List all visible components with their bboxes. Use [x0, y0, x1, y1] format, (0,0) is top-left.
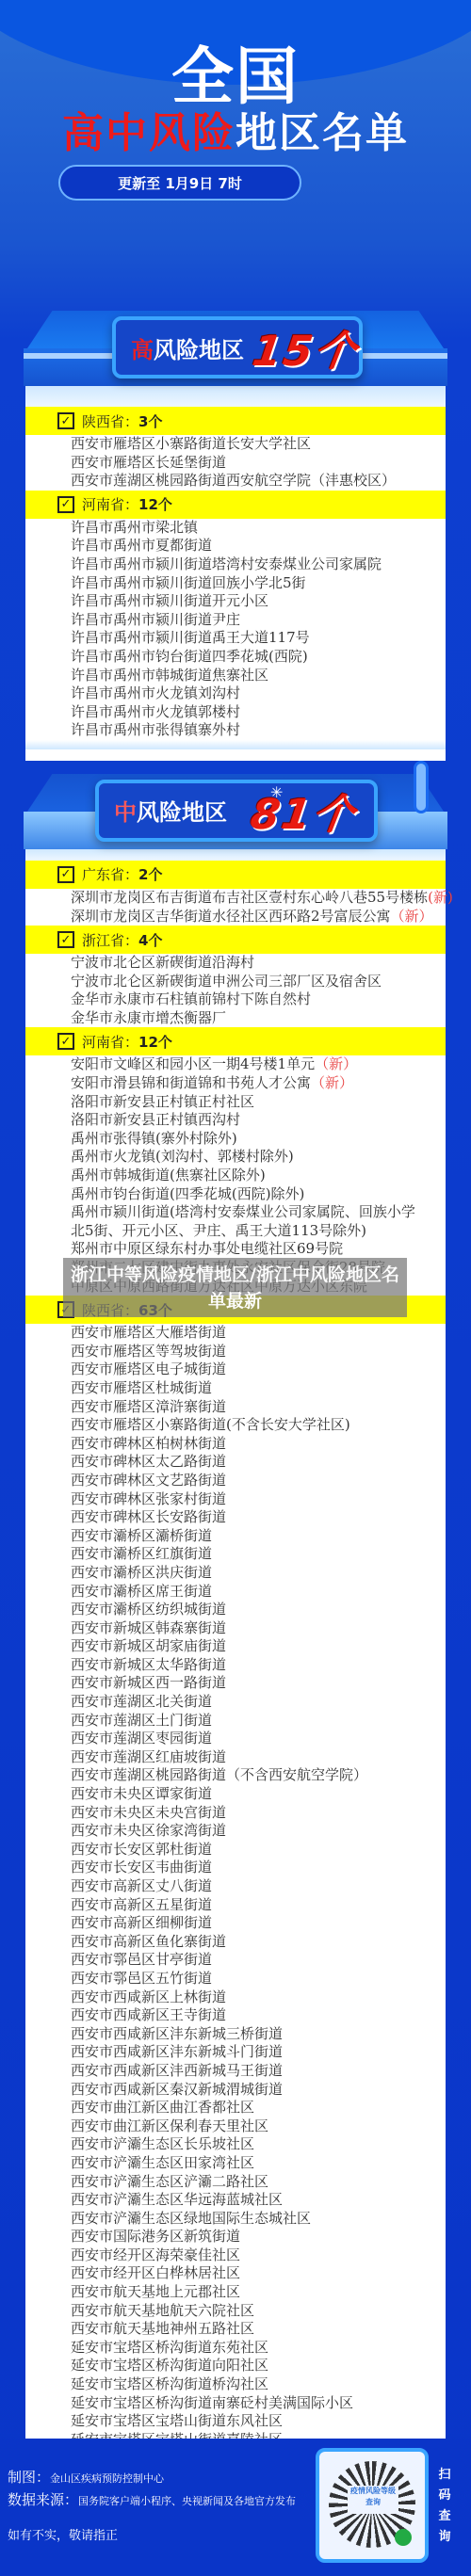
- area-name: 西安市国际港务区新筑街道: [71, 2228, 240, 2245]
- area-name: 西安市新城区胡家庙街道: [71, 1637, 226, 1654]
- source-line: 数据来源：国务院客户端小程序、央视新闻及各地官方发布: [8, 2489, 296, 2509]
- area-name: 许昌市禹州市颍川街道开元小区: [71, 592, 268, 609]
- list-item: 安阳市文峰区和园小区一期4号楼1单元（新）: [25, 1055, 446, 1074]
- area-name: 西安市航天基地神州五路社区: [71, 2320, 254, 2337]
- list-item: 西安市西咸新区秦汉新城渭城街道: [25, 2081, 446, 2100]
- list-item: 西安市曲江新区保利春天里社区: [25, 2117, 446, 2136]
- area-name: 禹州市韩城街道(焦寨社区除外): [71, 1167, 266, 1183]
- province-header: ✓河南省：12个: [25, 491, 446, 519]
- area-name: 西安市灞桥区红旗街道: [71, 1545, 212, 1562]
- list-item: 西安市莲湖区桃园路街道西安航空学院（沣惠校区）: [25, 472, 446, 491]
- list-item: 禹州市韩城街道(焦寨社区除外): [25, 1167, 446, 1185]
- list-item: 西安市雁塔区电子城街道: [25, 1360, 446, 1379]
- list-item: 禹州市钧台街道(四季花城(西院)除外): [25, 1185, 446, 1204]
- list-item: 西安市灞桥区红旗街道: [25, 1545, 446, 1564]
- checkbox-icon: ✓: [57, 1033, 74, 1050]
- list-item: 西安市莲湖区北关街道: [25, 1693, 446, 1712]
- list-item: 西安市浐灞生态区长乐坡社区: [25, 2135, 446, 2154]
- list-item: 许昌市禹州市颍川街道禹王大道117号: [25, 629, 446, 648]
- area-name: 西安市航天基地上元郡社区: [71, 2283, 240, 2300]
- list-item: 西安市灞桥区纺织城街道: [25, 1601, 446, 1619]
- list-item: 许昌市禹州市韩城街道焦寨社区: [25, 667, 446, 685]
- area-name: 西安市曲江新区保利春天里社区: [71, 2117, 268, 2134]
- list-item: 西安市雁塔区大雁塔街道: [25, 1324, 446, 1343]
- risk-list-poster: 全国 高中风险地区名单 更新至 1月9日 7时 高风险地区 15个 ✓陕西省：3…: [0, 0, 471, 2576]
- area-name: 西安市雁塔区小寨路街道(不含长安大学社区): [71, 1416, 350, 1433]
- province-count: 4个: [138, 930, 162, 950]
- medium-label-red: 中: [114, 799, 137, 826]
- list-item: 西安市长安区韦曲街道: [25, 1859, 446, 1877]
- title-list: 高中风险地区名单: [0, 99, 471, 159]
- list-item: 西安市雁塔区等驾坡街道: [25, 1343, 446, 1361]
- new-tag: （新）: [391, 908, 433, 925]
- area-name: 洛阳市新安县正村镇正村社区: [71, 1093, 254, 1110]
- card-bottom-fade: [25, 740, 446, 749]
- list-item: 西安市航天基地航天六院社区: [25, 2302, 446, 2321]
- province-count: 12个: [138, 494, 172, 514]
- area-name: 西安市灞桥区洪庆街道: [71, 1564, 212, 1581]
- province-count: 12个: [138, 1032, 172, 1052]
- list-item: 西安市西咸新区沣东新城斗门街道: [25, 2043, 446, 2062]
- area-name: 延安市宝塔区宝塔山街道东风社区: [71, 2412, 283, 2429]
- list-item: 西安市新城区太华路街道: [25, 1656, 446, 1675]
- list-item: 禹州市颍川街道(塔湾村安泰煤业公司家属院、回族小学北5街、开元小区、尹庄、禹王大…: [25, 1203, 446, 1240]
- list-item: 西安市经开区白桦林居社区: [25, 2264, 446, 2283]
- list-item: 西安市高新区细柳街道: [25, 1914, 446, 1933]
- area-name: 金华市永康市石柱镇前锦村下陈自然村: [71, 990, 311, 1007]
- card-top-fade: [25, 386, 446, 407]
- note-line: 如有不实，敬请指正: [8, 2525, 118, 2543]
- list-item: 西安市莲湖区红庙坡街道: [25, 1748, 446, 1767]
- list-item: 宁波市北仑区新碶街道沿海村: [25, 954, 446, 973]
- checkbox-icon: ✓: [57, 931, 74, 948]
- qr-code[interactable]: 疫情风险等级查询: [316, 2448, 429, 2563]
- area-name: 禹州市张得镇(寨外村除外): [71, 1130, 237, 1147]
- area-name: 西安市浐灞生态区浐灞二路社区: [71, 2173, 268, 2190]
- area-name: 西安市长安区郭杜街道: [71, 1841, 212, 1858]
- area-name: 西安市浐灞生态区绿地国际生态城社区: [71, 2210, 311, 2227]
- province-header: ✓广东省：2个: [25, 861, 446, 889]
- province-header: ✓河南省：12个: [25, 1027, 446, 1055]
- medium-risk-label: 中风险地区: [114, 794, 227, 827]
- list-item: 西安市曲江新区曲江香都社区: [25, 2099, 446, 2117]
- province-count: 2个: [138, 864, 162, 884]
- list-item: 西安市航天基地神州五路社区: [25, 2320, 446, 2339]
- list-item: 许昌市禹州市张得镇寨外村: [25, 721, 446, 740]
- area-name: 西安市莲湖区土门街道: [71, 1712, 212, 1729]
- area-name: 深圳市龙岗区吉华街道水径社区西环路2号富辰公寓: [71, 908, 391, 925]
- area-name: 西安市经开区白桦林居社区: [71, 2264, 240, 2281]
- area-name: 许昌市禹州市钧台街道四季花城(西院): [71, 648, 308, 665]
- high-label-white: 风险地区: [154, 337, 244, 363]
- area-name: 西安市鄠邑区五竹街道: [71, 1970, 212, 1987]
- checkbox-icon: ✓: [57, 496, 74, 513]
- high-risk-section: 高风险地区 15个 ✓陕西省：3个西安市雁塔区小寨路街道长安大学社区西安市雁塔区…: [18, 311, 453, 761]
- list-item: 延安市宝塔区桥沟街道桥沟社区: [25, 2375, 446, 2394]
- list-item: 许昌市禹州市颍川街道塔湾村安泰煤业公司家属院: [25, 555, 446, 574]
- list-item: 西安市灞桥区洪庆街道: [25, 1564, 446, 1583]
- area-name: 西安市高新区鱼化寨街道: [71, 1933, 226, 1950]
- list-item: 西安市灞桥区席王街道: [25, 1583, 446, 1602]
- high-risk-badge: 高风险地区 15个: [112, 316, 363, 378]
- list-item: 西安市高新区五星街道: [25, 1896, 446, 1915]
- province-name: 河南省：: [82, 1032, 138, 1052]
- list-item: 西安市雁塔区长延堡街道: [25, 454, 446, 473]
- list-item: 西安市雁塔区小寨路街道(不含长安大学社区): [25, 1416, 446, 1435]
- list-item: 西安市航天基地上元郡社区: [25, 2283, 446, 2302]
- list-item: 洛阳市新安县正村镇正村社区: [25, 1093, 446, 1112]
- area-name: 许昌市禹州市夏都街道: [71, 537, 212, 554]
- area-name: 许昌市禹州市颍川街道回族小学北5街: [71, 574, 306, 591]
- area-name: 西安市新城区太华路街道: [71, 1656, 226, 1673]
- area-name: 许昌市禹州市颍川街道禹王大道117号: [71, 629, 310, 646]
- list-item: 西安市鄠邑区甘亭街道: [25, 1951, 446, 1970]
- medium-label-white: 风险地区: [137, 799, 227, 826]
- area-name: 许昌市禹州市颍川街道塔湾村安泰煤业公司家属院: [71, 555, 382, 572]
- scan-char: 扫: [435, 2465, 454, 2486]
- area-name: 西安市新城区韩森寨街道: [71, 1619, 226, 1636]
- high-risk-label: 高风险地区: [131, 331, 244, 364]
- list-item: 西安市未央区徐家湾街道: [25, 1822, 446, 1841]
- area-name: 西安市高新区五星街道: [71, 1896, 212, 1913]
- province-name: 河南省：: [82, 494, 138, 514]
- list-item: 西安市浐灞生态区田家湾社区: [25, 2154, 446, 2173]
- mini-program-icon: [395, 2529, 412, 2546]
- checkbox-icon: ✓: [57, 866, 74, 883]
- list-item: 西安市未央区谭家街道: [25, 1785, 446, 1804]
- list-item: 深圳市龙岗区吉华街道水径社区西环路2号富辰公寓（新）: [25, 908, 446, 926]
- province-name: 陕西省：: [82, 411, 138, 431]
- area-name: 许昌市禹州市韩城街道焦寨社区: [71, 667, 268, 684]
- area-name: 安阳市滑县锦和街道锦和书苑人才公寓: [71, 1074, 311, 1091]
- area-name: 西安市未央区谭家街道: [71, 1785, 212, 1802]
- list-item: 延安市宝塔区桥沟街道东苑社区: [25, 2339, 446, 2358]
- card-top-fade: [25, 849, 446, 861]
- list-item: 西安市碑林区太乙路街道: [25, 1453, 446, 1472]
- maker-key: 制图：: [8, 2469, 50, 2486]
- list-item: 安阳市滑县锦和街道锦和书苑人才公寓（新）: [25, 1074, 446, 1093]
- area-name: 禹州市钧台街道(四季花城(西院)除外): [71, 1185, 304, 1202]
- list-item: 西安市碑林区文艺路街道: [25, 1472, 446, 1490]
- list-item: 西安市碑林区柏树林街道: [25, 1435, 446, 1454]
- list-item: 西安市西咸新区上林街道: [25, 1988, 446, 2007]
- list-item: 西安市莲湖区枣园街道: [25, 1730, 446, 1748]
- source-value: 国务院客户端小程序、央视新闻及各地官方发布: [78, 2495, 296, 2507]
- area-name: 西安市高新区细柳街道: [71, 1914, 212, 1931]
- area-name: 西安市高新区丈八街道: [71, 1877, 212, 1894]
- area-name: 西安市西咸新区秦汉新城渭城街道: [71, 2081, 283, 2098]
- area-name: 延安市宝塔区桥沟街道南寨砭村美满国际小区: [71, 2394, 353, 2411]
- maker-value: 金山区疾病预防控制中心: [50, 2472, 164, 2485]
- area-name: 延安市宝塔区桥沟街道桥沟社区: [71, 2375, 268, 2392]
- list-item: 西安市浐灞生态区浐灞二路社区: [25, 2173, 446, 2192]
- list-item: 许昌市禹州市钧台街道四季花城(西院): [25, 648, 446, 667]
- list-item: 许昌市禹州市火龙镇刘沟村: [25, 684, 446, 703]
- area-name: 西安市浐灞生态区长乐坡社区: [71, 2135, 254, 2152]
- area-name: 西安市雁塔区长延堡街道: [71, 454, 226, 471]
- area-name: 延安市宝塔区桥沟街道向阳社区: [71, 2357, 268, 2374]
- medium-risk-list-card: ✓广东省：2个深圳市龙岗区布吉街道布吉社区壹村东心岭八巷55号楼栋(新)深圳市龙…: [25, 849, 446, 2507]
- list-item: 西安市浐灞生态区绿地国际生态城社区: [25, 2210, 446, 2229]
- list-item: 延安市宝塔区宝塔山街道东风社区: [25, 2412, 446, 2431]
- update-time-pill: 更新至 1月9日 7时: [58, 165, 301, 201]
- list-item: 洛阳市新安县正村镇西沟村: [25, 1111, 446, 1130]
- list-item: 许昌市禹州市颍川街道尹庄: [25, 611, 446, 630]
- title-area-list: 地区名单: [235, 109, 409, 157]
- area-name: 许昌市禹州市颍川街道尹庄: [71, 611, 240, 628]
- list-item: 西安市西咸新区沣东新城三桥街道: [25, 2025, 446, 2044]
- scan-char: 码: [435, 2486, 454, 2506]
- area-name: 西安市莲湖区桃园路街道西安航空学院（沣惠校区）: [71, 472, 396, 489]
- area-name: 西安市莲湖区北关街道: [71, 1693, 212, 1710]
- area-name: 西安市西咸新区沣东新城三桥街道: [71, 2025, 283, 2042]
- area-name: 西安市未央区未央宫街道: [71, 1804, 226, 1821]
- note-text: 如有不实，敬请指正: [8, 2529, 118, 2543]
- list-item: 西安市雁塔区小寨路街道长安大学社区: [25, 435, 446, 454]
- list-item: 金华市永康市石柱镇前锦村下陈自然村: [25, 990, 446, 1009]
- title-high-medium-risk: 高中风险: [62, 109, 235, 157]
- list-item: 西安市灞桥区灞桥街道: [25, 1527, 446, 1546]
- scan-char: 询: [435, 2527, 454, 2548]
- area-name: 宁波市北仑区新碶街道申洲公司三部厂区及宿舍区: [71, 973, 382, 990]
- area-name: 金华市永康市增杰衡器厂: [71, 1009, 226, 1026]
- list-item: 郑州市中原区绿东村办事处电缆社区69号院: [25, 1240, 446, 1259]
- area-name: 郑州市中原区绿东村办事处电缆社区69号院: [71, 1240, 343, 1257]
- medium-risk-banner: ✳ 中风险地区 81个: [18, 774, 453, 849]
- area-name: 西安市灞桥区席王街道: [71, 1583, 212, 1600]
- area-name: 西安市雁塔区漳浒寨街道: [71, 1398, 226, 1415]
- list-item: 西安市长安区郭杜街道: [25, 1841, 446, 1860]
- area-name: 许昌市禹州市火龙镇郭楼村: [71, 703, 240, 720]
- list-item: 西安市碑林区长安路街道: [25, 1508, 446, 1527]
- scan-char: 查: [435, 2506, 454, 2527]
- high-risk-count: 15个: [250, 317, 363, 378]
- area-name: 许昌市禹州市梁北镇: [71, 519, 198, 536]
- area-name: 延安市宝塔区桥沟街道东苑社区: [71, 2339, 268, 2356]
- qr-center-label: 疫情风险等级查询: [348, 2486, 398, 2514]
- list-item: 许昌市禹州市颍川街道开元小区: [25, 592, 446, 611]
- area-name: 西安市雁塔区小寨路街道长安大学社区: [71, 435, 311, 452]
- area-name: 西安市雁塔区大雁塔街道: [71, 1324, 226, 1341]
- list-item: 西安市新城区韩森寨街道: [25, 1619, 446, 1638]
- list-item: 西安市雁塔区漳浒寨街道: [25, 1398, 446, 1417]
- area-name: 深圳市龙岗区布吉街道布吉社区壹村东心岭八巷55号楼栋: [71, 889, 428, 906]
- area-name: 西安市曲江新区曲江香都社区: [71, 2099, 254, 2116]
- province-header: ✓陕西省：3个: [25, 407, 446, 435]
- list-item: 深圳市龙岗区布吉街道布吉社区壹村东心岭八巷55号楼栋(新): [25, 889, 446, 908]
- list-item: 西安市雁塔区杜城街道: [25, 1379, 446, 1398]
- scan-to-query-text: 扫 码 查 询: [435, 2465, 454, 2548]
- area-name: 西安市未央区徐家湾街道: [71, 1822, 226, 1839]
- checkbox-icon: ✓: [57, 412, 74, 429]
- source-key: 数据来源：: [8, 2491, 78, 2508]
- area-name: 西安市经开区海荣豪佳社区: [71, 2246, 240, 2263]
- province-count: 3个: [138, 411, 162, 431]
- list-item: 西安市鄠邑区五竹街道: [25, 1970, 446, 1988]
- area-name: 西安市西咸新区上林街道: [71, 1988, 226, 2005]
- list-item: 延安市宝塔区桥沟街道南寨砭村美满国际小区: [25, 2394, 446, 2413]
- area-name: 西安市碑林区长安路街道: [71, 1508, 226, 1525]
- list-item: 西安市未央区未央宫街道: [25, 1804, 446, 1823]
- pin-decoration: [414, 761, 429, 813]
- area-name: 西安市雁塔区等驾坡街道: [71, 1343, 226, 1360]
- area-name: 西安市长安区韦曲街道: [71, 1859, 212, 1876]
- list-item: 西安市西咸新区王寺街道: [25, 2006, 446, 2025]
- list-item: 西安市西咸新区沣西新城马王街道: [25, 2062, 446, 2081]
- medium-risk-badge: ✳ 中风险地区 81个: [95, 780, 378, 842]
- high-label-red: 高: [131, 337, 154, 363]
- list-item: 许昌市禹州市火龙镇郭楼村: [25, 703, 446, 722]
- area-name: 西安市西咸新区王寺街道: [71, 2006, 226, 2023]
- list-item: 许昌市禹州市梁北镇: [25, 519, 446, 538]
- area-name: 西安市莲湖区枣园街道: [71, 1730, 212, 1747]
- area-name: 宁波市北仑区新碶街道沿海村: [71, 954, 254, 971]
- area-name: 西安市浐灞生态区田家湾社区: [71, 2154, 254, 2171]
- list-item: 西安市高新区鱼化寨街道: [25, 1933, 446, 1952]
- area-name: 禹州市火龙镇(刘沟村、郭楼村除外): [71, 1148, 294, 1165]
- area-name: 西安市西咸新区沣西新城马王街道: [71, 2062, 283, 2079]
- area-name: 洛阳市新安县正村镇西沟村: [71, 1111, 240, 1128]
- area-name: 西安市灞桥区灞桥街道: [71, 1527, 212, 1544]
- area-name: 禹州市颍川街道(塔湾村安泰煤业公司家属院、回族小学北5街、开元小区、尹庄、禹王大…: [71, 1203, 415, 1239]
- area-name: 西安市西咸新区沣东新城斗门街道: [71, 2043, 283, 2060]
- area-name: 西安市莲湖区桃园路街道（不含西安航空学院）: [71, 1766, 367, 1783]
- list-item: 西安市新城区胡家庙街道: [25, 1637, 446, 1656]
- high-risk-list-card: ✓陕西省：3个西安市雁塔区小寨路街道长安大学社区西安市雁塔区长延堡街道西安市莲湖…: [25, 386, 446, 761]
- list-item: 宁波市北仑区新碶街道申洲公司三部厂区及宿舍区: [25, 973, 446, 991]
- new-tag: （新）: [315, 1055, 357, 1072]
- list-item: 西安市浐灞生态区华远海蓝城社区: [25, 2191, 446, 2210]
- area-name: 西安市雁塔区电子城街道: [71, 1360, 226, 1377]
- area-name: 西安市新城区西一路街道: [71, 1674, 226, 1691]
- list-item: 西安市高新区丈八街道: [25, 1877, 446, 1896]
- area-name: 西安市碑林区文艺路街道: [71, 1472, 226, 1489]
- province-header: ✓浙江省：4个: [25, 926, 446, 954]
- high-risk-banner: 高风险地区 15个: [18, 311, 453, 386]
- area-name: 安阳市文峰区和园小区一期4号楼1单元: [71, 1055, 315, 1072]
- overlay-caption: 浙江中等风险疫情地区/浙江中风险地区名单最新: [63, 1258, 407, 1317]
- list-item: 禹州市张得镇(寨外村除外): [25, 1130, 446, 1149]
- list-item: 禹州市火龙镇(刘沟村、郭楼村除外): [25, 1148, 446, 1167]
- list-item: 许昌市禹州市夏都街道: [25, 537, 446, 555]
- area-name: 许昌市禹州市张得镇寨外村: [71, 721, 240, 738]
- area-name: 西安市航天基地航天六院社区: [71, 2302, 254, 2319]
- maker-line: 制图：金山区疾病预防控制中心: [8, 2467, 164, 2487]
- list-item: 西安市莲湖区桃园路街道（不含西安航空学院）: [25, 1766, 446, 1785]
- new-tag: （新）: [311, 1074, 353, 1091]
- poster-header: 全国 高中风险地区名单 更新至 1月9日 7时: [0, 0, 471, 311]
- area-name: 西安市鄠邑区甘亭街道: [71, 1951, 212, 1968]
- new-tag: (新): [428, 889, 453, 906]
- medium-risk-count: 81个: [248, 781, 361, 841]
- area-name: 西安市浐灞生态区华远海蓝城社区: [71, 2191, 283, 2208]
- province-name: 广东省：: [82, 864, 138, 884]
- area-name: 西安市碑林区张家村街道: [71, 1490, 226, 1507]
- area-name: 西安市雁塔区杜城街道: [71, 1379, 212, 1396]
- list-item: 西安市莲湖区土门街道: [25, 1712, 446, 1731]
- list-item: 延安市宝塔区桥沟街道向阳社区: [25, 2357, 446, 2375]
- list-item: 金华市永康市增杰衡器厂: [25, 1009, 446, 1028]
- list-item: 西安市新城区西一路街道: [25, 1674, 446, 1693]
- area-name: 许昌市禹州市火龙镇刘沟村: [71, 684, 240, 701]
- area-name: 西安市莲湖区红庙坡街道: [71, 1748, 226, 1765]
- area-name: 西安市碑林区柏树林街道: [71, 1435, 226, 1452]
- medium-risk-section: ✳ 中风险地区 81个 ✓广东省：2个深圳市龙岗区布吉街道布吉社区壹村东心岭八巷…: [18, 774, 453, 2507]
- list-item: 西安市国际港务区新筑街道: [25, 2228, 446, 2246]
- area-name: 西安市灞桥区纺织城街道: [71, 1601, 226, 1618]
- list-item: 许昌市禹州市颍川街道回族小学北5街: [25, 574, 446, 593]
- list-item: 西安市经开区海荣豪佳社区: [25, 2246, 446, 2265]
- list-item: 西安市碑林区张家村街道: [25, 1490, 446, 1509]
- area-name: 西安市碑林区太乙路街道: [71, 1453, 226, 1470]
- province-name: 浙江省：: [82, 930, 138, 950]
